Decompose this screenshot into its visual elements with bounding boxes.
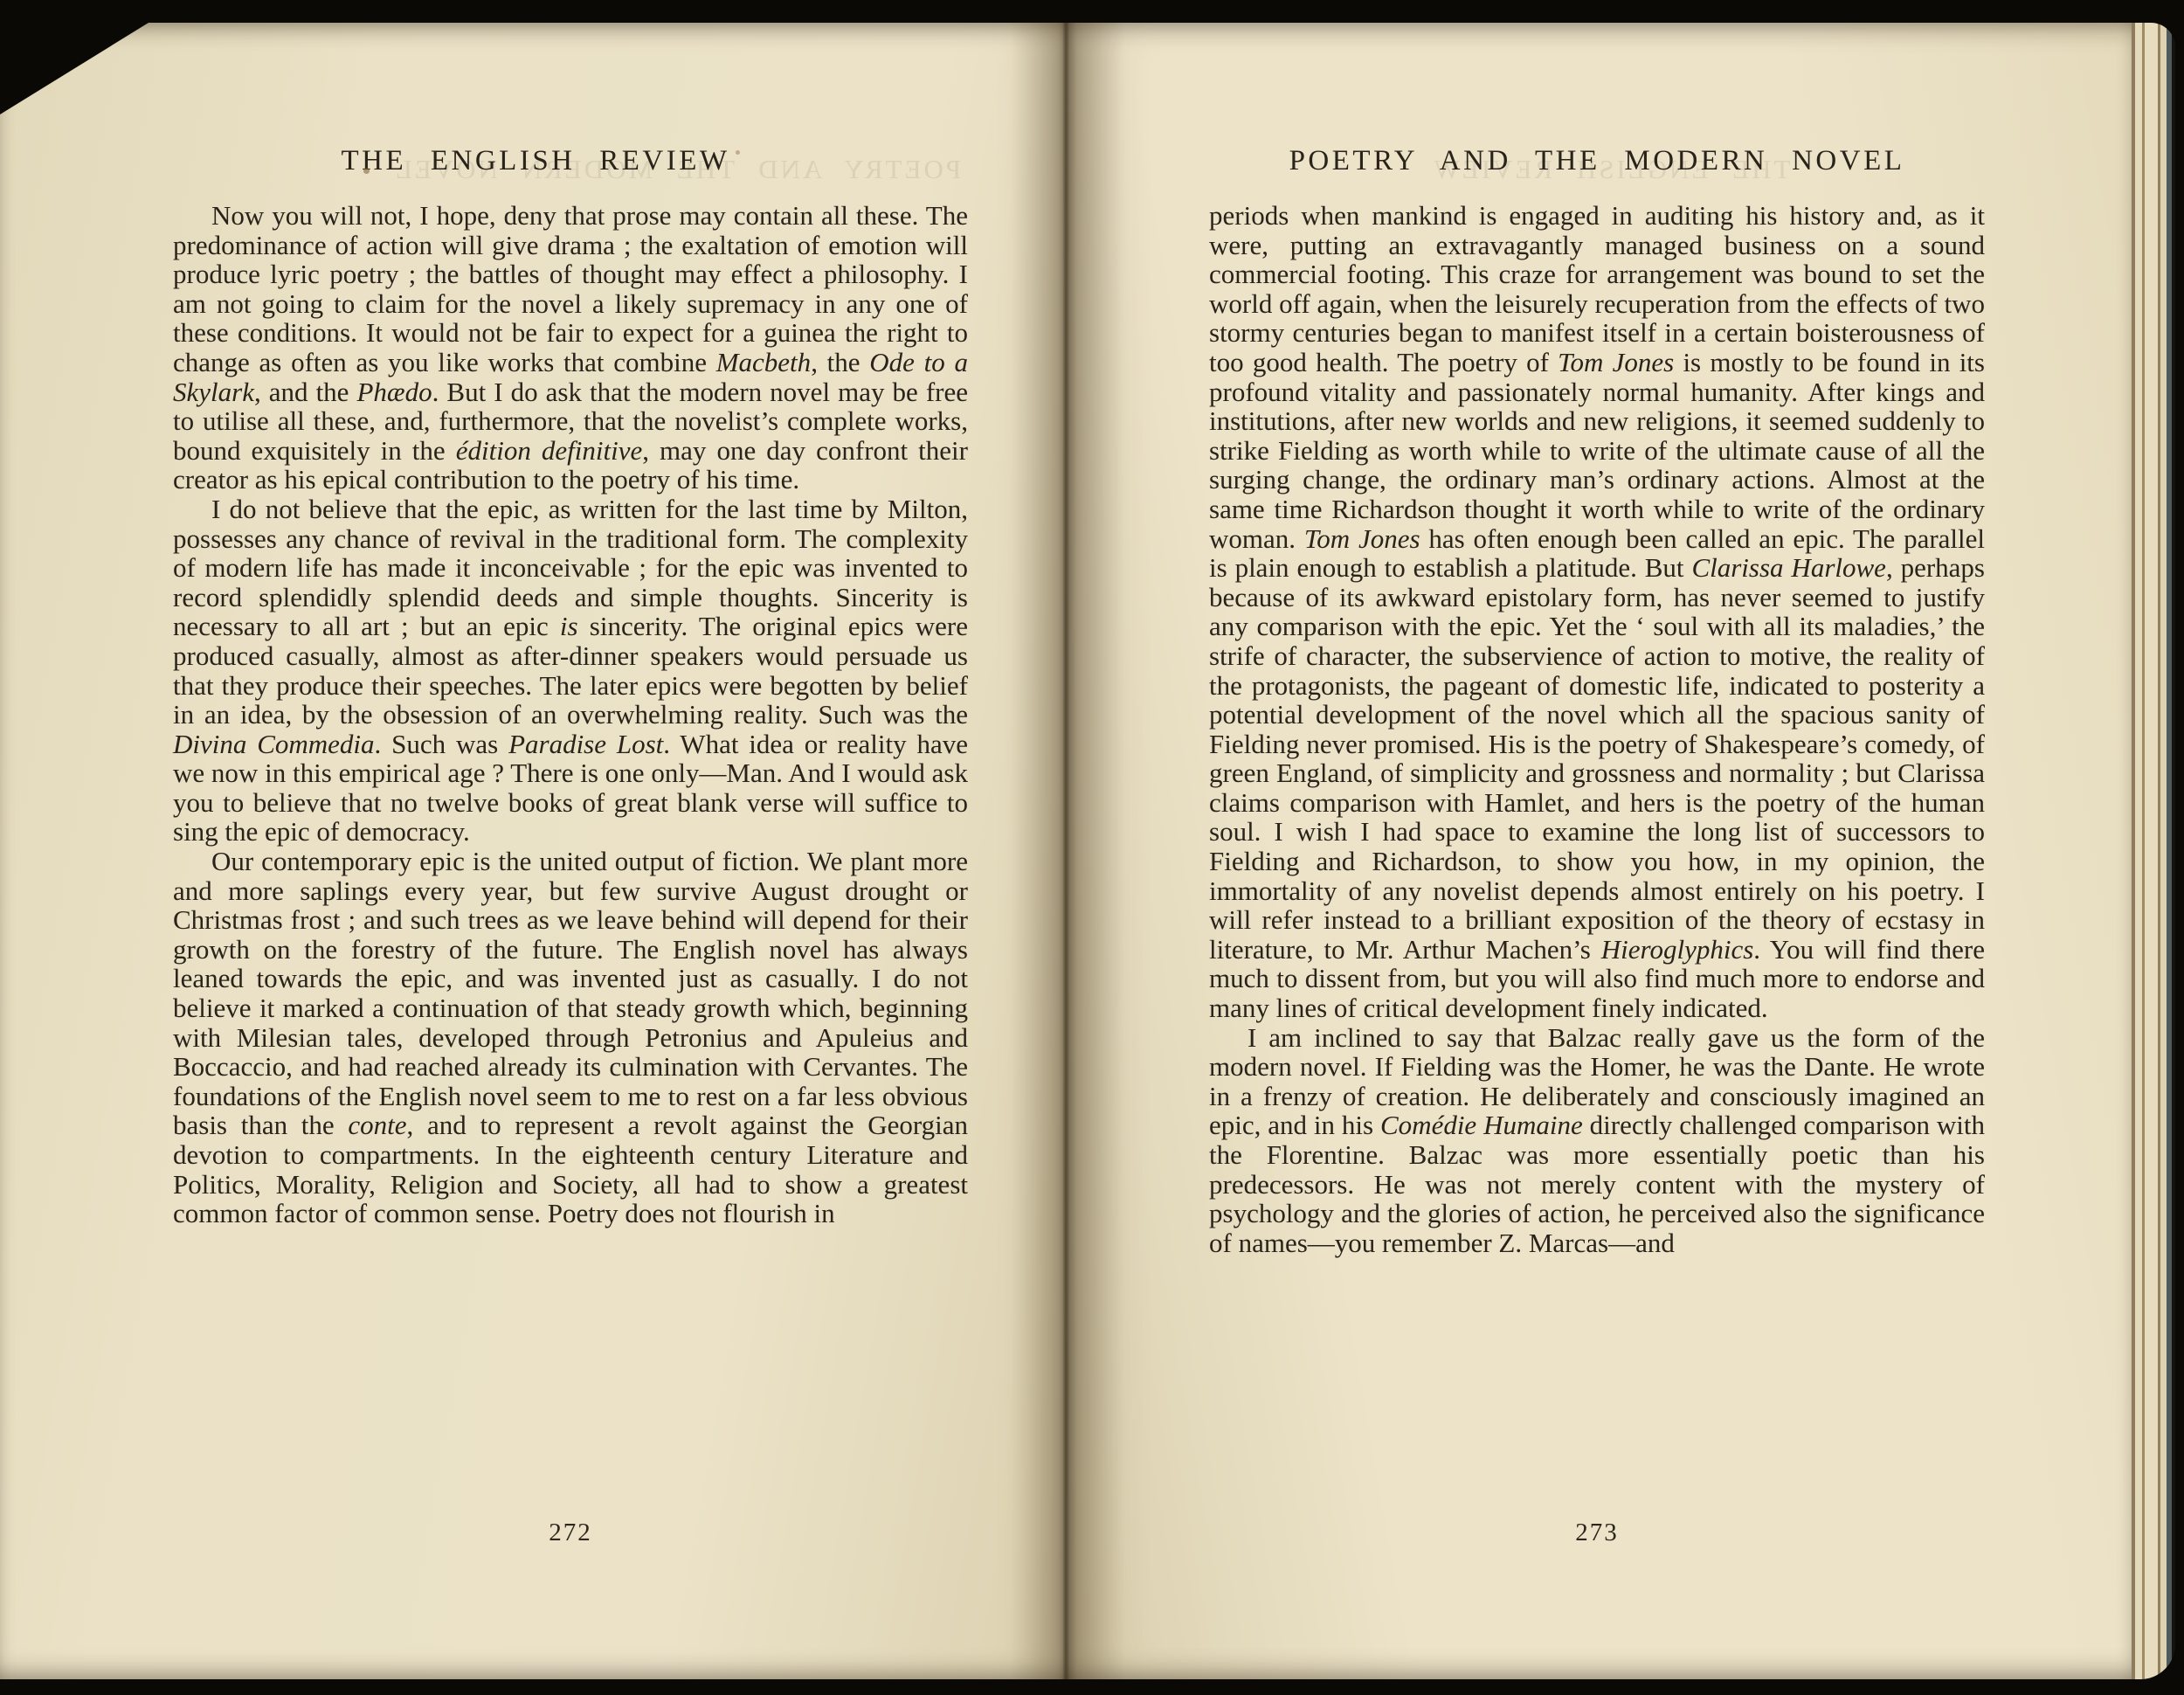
paragraph: periods when mankind is engaged in audit…	[1209, 201, 1985, 1023]
page-number-right: 273	[1209, 1519, 1985, 1547]
italic-text-run: Hieroglyphics	[1601, 934, 1753, 965]
page-number-left: 272	[173, 1519, 968, 1547]
italic-text-run: is	[560, 611, 578, 641]
paragraph: Now you will not, I hope, deny that pros…	[173, 201, 968, 495]
text-run: Our contemporary epic is the united outp…	[173, 846, 968, 1140]
paper-speck	[736, 150, 740, 155]
open-book: POETRY AND THE MODERN NOVEL THE ENGLISH …	[0, 23, 2175, 1679]
italic-text-run: Clarissa Harlowe	[1691, 552, 1886, 583]
text-run: , perhaps because of its awkward epistol…	[1209, 552, 1985, 965]
italic-text-run: Divina Commedia	[173, 729, 375, 759]
text-column-right: periods when mankind is engaged in audit…	[1209, 201, 1985, 1257]
italic-text-run: conte	[348, 1110, 406, 1140]
paper-speck	[363, 168, 370, 174]
italic-text-run: Paradise Lost	[508, 729, 663, 759]
paragraph: I am inclined to say that Balzac really …	[1209, 1023, 1985, 1258]
italic-text-run: Phædo	[356, 377, 432, 407]
running-header-left: THE ENGLISH REVIEW	[138, 145, 933, 177]
text-column-left: Now you will not, I hope, deny that pros…	[173, 201, 968, 1228]
italic-text-run: édition definitive	[456, 435, 643, 466]
page-stack-edge	[2132, 23, 2175, 1679]
italic-text-run: Tom Jones	[1304, 523, 1420, 554]
italic-text-run: Tom Jones	[1558, 347, 1674, 377]
paragraph: Our contemporary epic is the united outp…	[173, 847, 968, 1228]
text-run: , the	[811, 347, 869, 377]
italic-text-run: Macbeth	[716, 347, 811, 377]
book-photo: POETRY AND THE MODERN NOVEL THE ENGLISH …	[0, 0, 2184, 1695]
italic-text-run: Comédie Humaine	[1380, 1110, 1583, 1140]
text-run: , and the	[254, 377, 357, 407]
paragraph: I do not believe that the epic, as writt…	[173, 495, 968, 847]
text-run: . Such was	[375, 729, 509, 759]
running-header-right: POETRY AND THE MODERN NOVEL	[1209, 145, 1985, 177]
